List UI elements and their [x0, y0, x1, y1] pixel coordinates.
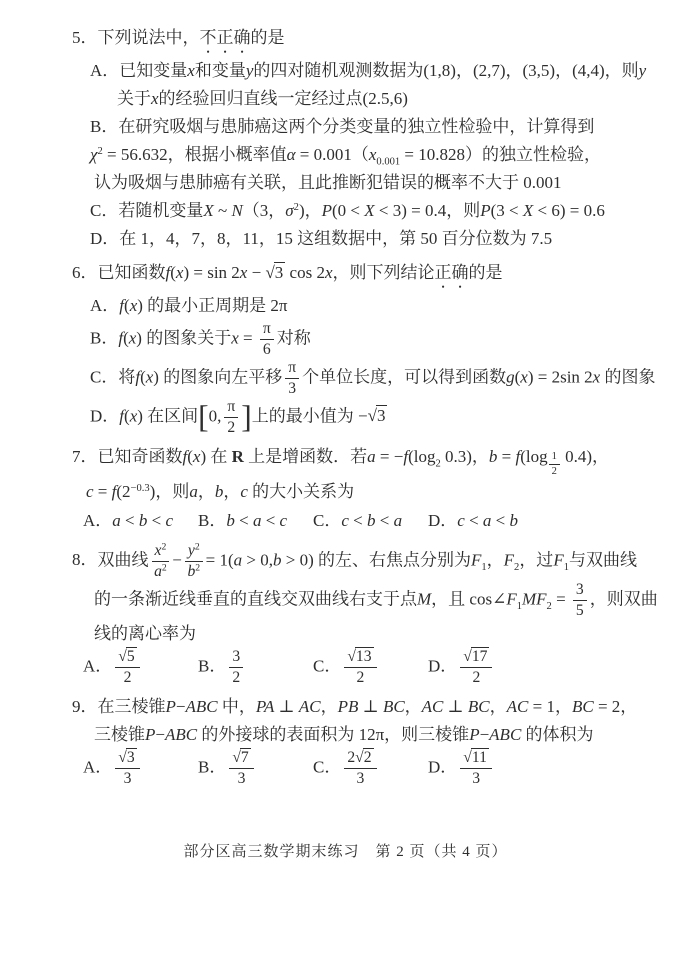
math-variable: P [166, 697, 176, 716]
option: D．√113 [428, 749, 495, 788]
text-line: C．将f(x) 的图象向左平移π3个单位长度，可以得到函数g(x) = 2sin… [90, 359, 661, 398]
superscript: 2 [97, 146, 102, 157]
math-variable: BC [468, 697, 490, 716]
fraction: π3 [285, 359, 299, 398]
numerator: 3 [229, 648, 243, 668]
math-variable: a [367, 447, 376, 466]
numerator: 2√2 [344, 749, 376, 769]
fraction: √132 [344, 648, 376, 687]
option: C．c < b < a [313, 507, 428, 535]
option: A．√52 [83, 648, 198, 687]
math-variable: ABC [185, 697, 217, 716]
square-root: √5 [118, 648, 136, 665]
question-8: 8．双曲线x2a2−y2b2= 1(a > 0,b > 0) 的左、右焦点分别为… [72, 542, 661, 687]
subscript: 12 [548, 459, 561, 470]
math-variable: f [119, 296, 124, 315]
denominator: 2 [344, 668, 376, 687]
question-7: 7．已知奇函数f(x) 在 R 上是增函数．若a = −f(log2 0.3)，… [72, 443, 661, 536]
fraction: √52 [115, 648, 139, 687]
square-root: √2 [355, 749, 373, 766]
numerator: y2 [185, 542, 203, 562]
math-variable: a [483, 511, 492, 530]
option: C．2√23 [313, 749, 428, 788]
math-variable: AC [422, 697, 444, 716]
exam-body: 5．下列说法中，不正确的是A．已知变量x和变量y的四对随机观测数据为(1,8)，… [72, 24, 661, 788]
math-variable: F [471, 550, 481, 569]
big-bracket: ] [241, 399, 251, 434]
text-line: 线的离心率为 [94, 620, 661, 648]
question-number: 9． [72, 693, 98, 721]
radicand: 5 [126, 647, 137, 665]
math-variable: a [253, 511, 262, 530]
square-root: √11 [463, 749, 489, 766]
question-9-lines: 9．在三棱锥P−ABC 中，PA ⊥ AC，PB ⊥ BC，AC ⊥ BC，AC… [72, 693, 661, 788]
math-variable: x [130, 406, 138, 425]
numerator: √11 [460, 749, 492, 769]
text-line: B．f(x) 的图象关于x = π6对称 [90, 320, 661, 359]
radicand: 3 [376, 405, 388, 425]
text-line: D．在 1，4，7，8，11，15 这组数据中，第 50 百分位数为 7.5 [90, 225, 661, 253]
numerator: √5 [115, 648, 139, 668]
numerator: π [285, 359, 299, 379]
subscript: 2 [514, 562, 519, 573]
denominator: b2 [185, 562, 203, 581]
math-variable: σ [285, 201, 293, 220]
math-variable: a [112, 511, 121, 530]
text-line: D．f(x) 在区间[0,π2]上的最小值为 −√3 [90, 398, 661, 437]
options-row: A．a < b < cB．b < a < cC．c < b < aD．c < a… [83, 506, 661, 536]
option: B．√73 [198, 749, 313, 788]
fraction: √113 [460, 749, 492, 788]
question-7-lines: 7．已知奇函数f(x) 在 R 上是增函数．若a = −f(log2 0.3)，… [72, 443, 661, 536]
option: D．√172 [428, 648, 495, 687]
text-line: 5．下列说法中，不正确的是 [72, 24, 661, 57]
math-variable: x [231, 328, 239, 347]
superscript: 2 [195, 563, 200, 574]
text-line: 9．在三棱锥P−ABC 中，PA ⊥ AC，PB ⊥ BC，AC ⊥ BC，AC… [72, 693, 661, 721]
option: B．32 [198, 648, 313, 687]
math-variable: a [154, 563, 162, 580]
math-variable: F [506, 589, 516, 608]
math-variable: F [504, 550, 514, 569]
denominator: 3 [115, 769, 139, 788]
math-variable: ABC [165, 725, 197, 744]
superscript: 2 [162, 563, 167, 574]
question-6: 6．已知函数f(x) = sin 2x − √3 cos 2x，则下列结论正确的… [72, 259, 661, 437]
math-variable: PA [256, 697, 275, 716]
math-bold: R [232, 447, 244, 466]
math-variable: x [593, 367, 601, 386]
fraction: √172 [460, 648, 492, 687]
square-root: √17 [463, 648, 489, 665]
math-variable: BC [383, 697, 405, 716]
math-variable: x [129, 328, 137, 347]
math-variable: ABC [489, 725, 521, 744]
denominator: 2 [460, 668, 492, 687]
exam-page: 5．下列说法中，不正确的是A．已知变量x和变量y的四对随机观测数据为(1,8)，… [0, 0, 691, 978]
math-variable: x [146, 367, 154, 386]
math-variable: a [394, 511, 403, 530]
emphasized-text: 正确 [435, 263, 469, 282]
fraction: 35 [573, 581, 587, 620]
math-variable: x [325, 263, 333, 282]
fraction: π2 [224, 398, 238, 437]
big-bracket: [ [198, 399, 208, 434]
math-variable: y [246, 61, 254, 80]
question-number: 8． [72, 546, 98, 574]
question-number: 6． [72, 259, 98, 287]
radicand: 3 [274, 262, 286, 282]
radicand: 11 [471, 748, 489, 766]
math-variable: P [480, 201, 490, 220]
denominator: 5 [573, 601, 587, 620]
denominator: 3 [285, 379, 299, 398]
fraction: 32 [229, 648, 243, 687]
question-number: 7． [72, 443, 98, 471]
numerator: √7 [229, 749, 253, 769]
numerator: x2 [152, 542, 170, 562]
question-5-lines: 5．下列说法中，不正确的是A．已知变量x和变量y的四对随机观测数据为(1,8)，… [72, 24, 661, 253]
option: B．b < a < c [198, 507, 313, 535]
math-variable: P [322, 201, 332, 220]
math-variable: f [403, 447, 408, 466]
subscript: 0.001 [376, 157, 400, 168]
subscript: 2 [435, 459, 440, 470]
numerator: √3 [115, 749, 139, 769]
fraction: 2√23 [344, 749, 376, 788]
denominator: 3 [460, 769, 492, 788]
radicand: 3 [126, 748, 137, 766]
square-root: √3 [118, 749, 136, 766]
text-line: c = f(2−0.3)，则a，b，c 的大小关系为 [86, 478, 661, 506]
math-variable: M [417, 589, 431, 608]
denominator: 3 [344, 769, 376, 788]
math-variable: α [287, 145, 296, 164]
math-variable: f [118, 328, 123, 347]
denominator: 2 [229, 668, 243, 687]
math-variable: f [516, 447, 521, 466]
subscript: 1 [564, 562, 569, 573]
math-variable: x [193, 447, 201, 466]
numerator: π [224, 398, 238, 418]
math-variable: y [639, 61, 647, 80]
superscript: 2 [161, 542, 166, 553]
question-5: 5．下列说法中，不正确的是A．已知变量x和变量y的四对随机观测数据为(1,8)，… [72, 24, 661, 253]
square-root: √7 [232, 749, 250, 766]
math-variable: b [139, 511, 148, 530]
math-variable: BC [572, 697, 594, 716]
text-line: 三棱锥P−ABC 的外接球的表面积为 12π，则三棱锥P−ABC 的体积为 [94, 721, 661, 749]
square-root: √3 [265, 263, 285, 282]
math-variable: b [273, 550, 282, 569]
math-variable: F [536, 589, 546, 608]
math-variable: P [145, 725, 155, 744]
radicand: 7 [240, 748, 251, 766]
text-line: χ2 = 56.632，根据小概率值α = 0.001（x0.001 = 10.… [90, 141, 661, 169]
math-variable: x [187, 61, 195, 80]
option: A．√33 [83, 749, 198, 788]
option: D．c < a < b [428, 507, 518, 535]
fraction: x2a2 [152, 542, 170, 581]
question-6-lines: 6．已知函数f(x) = sin 2x − √3 cos 2x，则下列结论正确的… [72, 259, 661, 437]
footer-text: 部分区高三数学期末练习 第 2 页（共 4 页） [183, 844, 507, 860]
fraction: √73 [229, 749, 253, 788]
page-footer: 部分区高三数学期末练习 第 2 页（共 4 页） [0, 840, 691, 861]
radicand: 2 [363, 748, 374, 766]
text-line: 关于x的经验回归直线一定经过点(2.5,6) [117, 85, 661, 113]
subscript: 2 [547, 601, 552, 612]
text-line: 认为吸烟与患肺癌有关联，且此推断犯错误的概率不大于 0.001 [94, 169, 661, 197]
denominator: 6 [260, 340, 274, 359]
option: A．a < b < c [83, 507, 198, 535]
radicand: 13 [355, 647, 374, 665]
square-root: √3 [368, 406, 388, 425]
math-variable: c [240, 482, 248, 501]
numerator: √13 [344, 648, 376, 668]
math-variable: a [189, 482, 198, 501]
math-variable: f [112, 482, 117, 501]
subscript: 1 [481, 562, 486, 573]
math-variable: f [119, 406, 124, 425]
fraction: y2b2 [185, 542, 203, 581]
question-9: 9．在三棱锥P−ABC 中，PA ⊥ AC，PB ⊥ BC，AC ⊥ BC，AC… [72, 693, 661, 788]
math-variable: c [165, 511, 173, 530]
text-line: 的一条渐近线垂直的直线交双曲线右支于点M，且 cos∠F1MF2 = 35，则双… [94, 581, 661, 620]
math-variable: X [523, 201, 533, 220]
text-line: A．已知变量x和变量y的四对随机观测数据为(1,8)，(2,7)，(3,5)，(… [90, 57, 661, 85]
text-line: C．若随机变量X ~ N（3，σ2)，P(0 < X < 3) = 0.4，则P… [90, 197, 661, 225]
option: C．√132 [313, 648, 428, 687]
math-variable: PB [338, 697, 359, 716]
math-variable: b [489, 447, 498, 466]
math-variable: b [367, 511, 376, 530]
math-variable: b [215, 482, 224, 501]
square-root: √13 [347, 648, 373, 665]
math-variable: g [506, 367, 515, 386]
radicand: 17 [471, 647, 490, 665]
text-line: A．f(x) 的最小正周期是 2π [90, 292, 661, 320]
fraction: 12 [549, 451, 560, 478]
math-variable: c [457, 511, 465, 530]
text-line: 7．已知奇函数f(x) 在 R 上是增函数．若a = −f(log2 0.3)，… [72, 443, 661, 478]
numerator: √17 [460, 648, 492, 668]
fraction: √33 [115, 749, 139, 788]
denominator: a2 [152, 562, 170, 581]
math-variable: y [188, 542, 195, 559]
superscript: 2 [195, 542, 200, 553]
numerator: 1 [549, 451, 560, 465]
math-variable: x [240, 263, 248, 282]
math-variable: x [176, 263, 184, 282]
denominator: 3 [229, 769, 253, 788]
math-variable: b [226, 511, 235, 530]
math-variable: b [510, 511, 519, 530]
math-variable: P [469, 725, 479, 744]
math-variable: X [364, 201, 374, 220]
math-variable: c [86, 482, 94, 501]
math-variable: x [151, 89, 159, 108]
text-line: B．在研究吸烟与患肺癌这两个分类变量的独立性检验中，计算得到 [90, 113, 661, 141]
math-variable: c [280, 511, 288, 530]
math-variable: AC [299, 697, 321, 716]
text-line: 6．已知函数f(x) = sin 2x − √3 cos 2x，则下列结论正确的… [72, 259, 661, 292]
math-variable: F [553, 550, 563, 569]
denominator: 2 [549, 465, 560, 478]
denominator: 2 [115, 668, 139, 687]
math-variable: x [520, 367, 528, 386]
numerator: 3 [573, 581, 587, 601]
question-number: 5． [72, 24, 98, 52]
math-variable: f [166, 263, 171, 282]
superscript: −0.3 [131, 483, 150, 494]
math-variable: f [183, 447, 188, 466]
text-line: 8．双曲线x2a2−y2b2= 1(a > 0,b > 0) 的左、右焦点分别为… [72, 542, 661, 581]
math-variable: x [130, 296, 138, 315]
fraction: π6 [260, 320, 274, 359]
math-variable: M [522, 589, 536, 608]
emphasized-text: 不正确 [200, 28, 251, 47]
numerator: π [260, 320, 274, 340]
math-variable: X [203, 201, 213, 220]
options-row: A．√33B．√73C．2√23D．√113 [83, 749, 661, 788]
superscript: 2 [294, 202, 299, 213]
options-row: A．√52B．32C．√132D．√172 [83, 648, 661, 687]
math-variable: a [234, 550, 243, 569]
math-variable: c [341, 511, 349, 530]
denominator: 2 [224, 418, 238, 437]
question-8-lines: 8．双曲线x2a2−y2b2= 1(a > 0,b > 0) 的左、右焦点分别为… [72, 542, 661, 687]
math-variable: N [231, 201, 242, 220]
math-variable: AC [507, 697, 529, 716]
math-variable: f [135, 367, 140, 386]
